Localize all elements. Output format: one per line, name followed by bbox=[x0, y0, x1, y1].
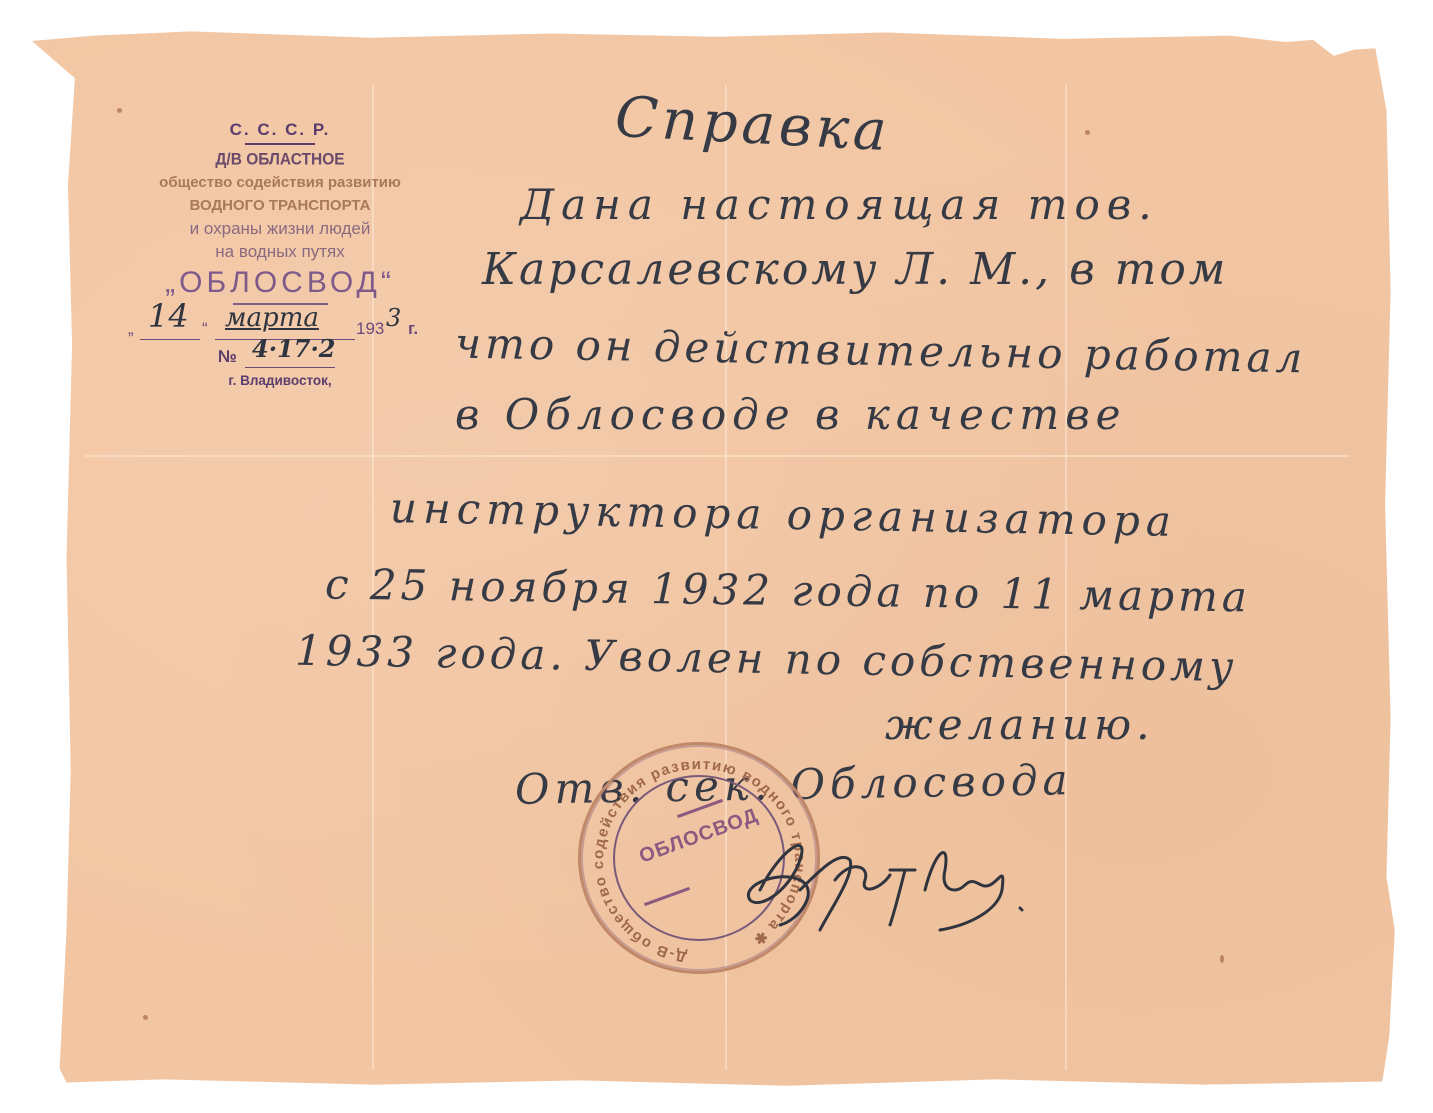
stamp-org-line: на водных путях bbox=[110, 240, 450, 263]
date-day-handwritten: 14 bbox=[148, 305, 189, 328]
signature: Ефремов bbox=[740, 830, 1060, 944]
date-year-handwritten: 3 bbox=[386, 307, 401, 330]
number-label: № bbox=[218, 345, 237, 368]
paper-speck bbox=[1220, 955, 1224, 963]
stamp-divider bbox=[245, 143, 315, 145]
stamp-org-line: ВОДНОГО ТРАНСПОРТА bbox=[110, 194, 450, 217]
date-year-printed: 193 bbox=[356, 317, 384, 340]
date-prefix: „ bbox=[128, 317, 134, 340]
stamp-country: С. С. С. Р. bbox=[110, 118, 450, 141]
stamp-org-line: Д/В ОБЛАСТНОЕ bbox=[110, 147, 450, 172]
header-stamp: С. С. С. Р. Д/В ОБЛАСТНОЕ общество содей… bbox=[110, 118, 450, 392]
paper-speck bbox=[117, 108, 122, 113]
stamp-org-line: и охраны жизни людей bbox=[110, 217, 450, 240]
signature-scribble bbox=[740, 830, 1060, 940]
date-month-handwritten: марта bbox=[225, 307, 319, 330]
stamp-number-row: № 4·17·2 bbox=[110, 341, 450, 369]
stamp-org-line: общество содействия развитию bbox=[110, 171, 450, 194]
date-day-underline bbox=[140, 339, 200, 340]
number-underline bbox=[245, 367, 335, 368]
body-line: Дана настоящая тов. bbox=[520, 180, 1159, 229]
paper-speck bbox=[143, 1015, 148, 1020]
paper-speck bbox=[1085, 130, 1090, 135]
body-line: в Облосводе в качестве bbox=[455, 390, 1127, 439]
fold-line bbox=[85, 455, 1350, 457]
number-handwritten: 4·17·2 bbox=[252, 337, 336, 360]
date-suffix: г. bbox=[408, 317, 418, 340]
body-line: Карсалевскому Л. М., в том bbox=[482, 244, 1228, 295]
stamp-org-name: „ОБЛОСВОД“ bbox=[110, 265, 450, 301]
stamp-city: г. Владивосток, bbox=[110, 369, 450, 392]
date-separator: “ bbox=[202, 317, 208, 340]
body-line: желанию. bbox=[885, 700, 1154, 749]
